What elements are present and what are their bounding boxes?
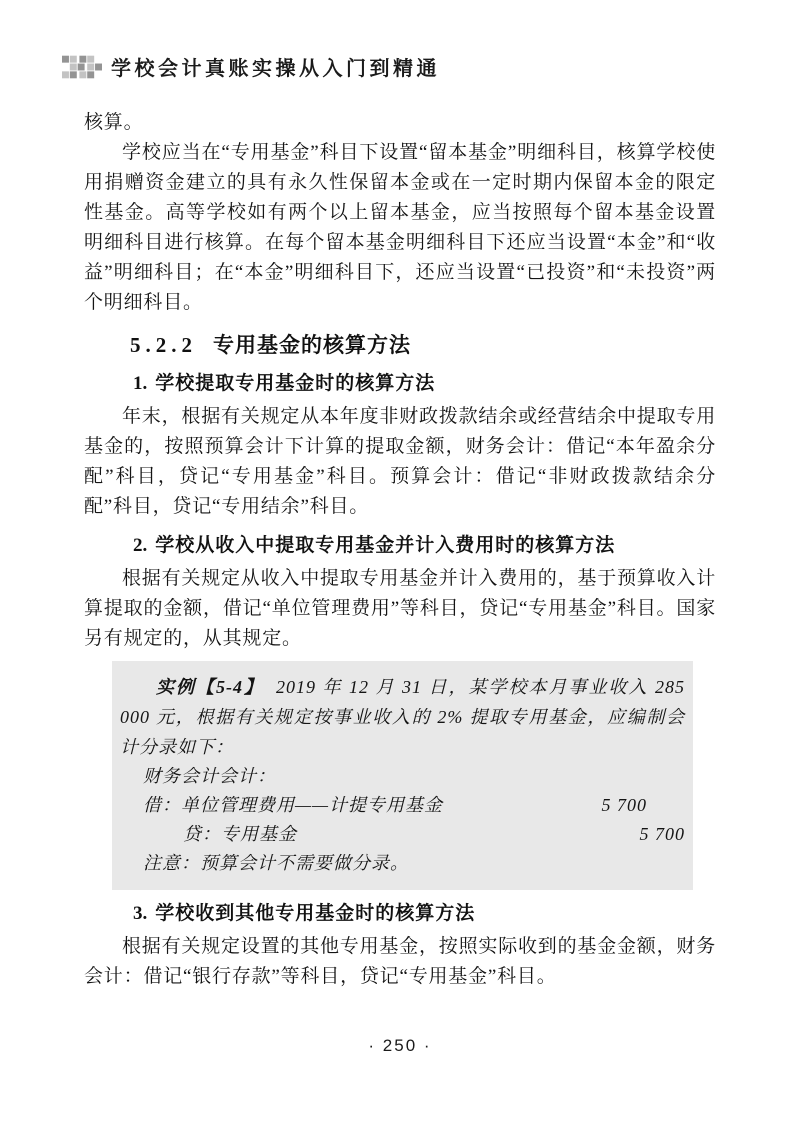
page-body: 核算。 学校应当在“专用基金”科目下设置“留本基金”明细科目，核算学校使用捐赠资…	[84, 108, 716, 992]
subsection-title: 学校从收入中提取专用基金并计入费用时的核算方法	[155, 535, 615, 556]
subsection-number: 2.	[133, 535, 147, 556]
section-heading: 5.2.2专用基金的核算方法	[130, 331, 716, 360]
paragraph-sub3: 根据有关规定设置的其他专用基金，按照实际收到的基金金额，财务会计：借记“银行存款…	[84, 932, 716, 992]
page-footer: · 250 ·	[0, 1036, 800, 1056]
example-intro: 实例【5-4】2019 年 12 月 31 日，某学校本月事业收入 285 00…	[120, 672, 685, 762]
subsection-heading-2: 2.学校从收入中提取专用基金并计入费用时的核算方法	[133, 533, 716, 559]
subsection-heading-1: 1.学校提取专用基金时的核算方法	[133, 371, 716, 397]
section-title: 专用基金的核算方法	[213, 334, 411, 357]
journal-entry-credit: 贷：专用基金 5 700	[120, 820, 685, 849]
paragraph-sub2: 根据有关规定从收入中提取专用基金并计入费用的，基于预算收入计算提取的金额，借记“…	[84, 564, 716, 654]
subsection-number: 3.	[133, 903, 147, 924]
credit-amount: 5 700	[640, 820, 686, 849]
subsection-title: 学校收到其他专用基金时的核算方法	[155, 903, 475, 924]
example-box: 实例【5-4】2019 年 12 月 31 日，某学校本月事业收入 285 00…	[112, 661, 693, 890]
credit-account: 贷：专用基金	[120, 820, 297, 849]
debit-account: 借：单位管理费用——计提专用基金	[120, 791, 443, 820]
example-note: 注意：预算会计不需要做分录。	[120, 849, 685, 878]
paragraph-sub1: 年末，根据有关规定从本年度非财政拨款结余或经营结余中提取专用基金的，按照预算会计…	[84, 402, 716, 522]
double-chevron-icon	[62, 54, 102, 80]
subsection-number: 1.	[133, 373, 147, 394]
subsection-title: 学校提取专用基金时的核算方法	[155, 373, 435, 394]
paragraph-continuation: 核算。	[84, 108, 716, 138]
debit-amount: 5 700	[602, 791, 648, 820]
paragraph-fund-setup: 学校应当在“专用基金”科目下设置“留本基金”明细科目，核算学校使用捐赠资金建立的…	[84, 138, 716, 318]
example-label: 实例【5-4】	[156, 677, 264, 697]
page-header: 学校会计真账实操从入门到精通	[62, 52, 440, 81]
subsection-heading-3: 3.学校收到其他专用基金时的核算方法	[133, 901, 716, 927]
running-head-title: 学校会计真账实操从入门到精通	[111, 52, 440, 81]
journal-entry-debit: 借：单位管理费用——计提专用基金 5 700	[120, 791, 685, 820]
example-line-financial: 财务会计会计：	[120, 762, 685, 791]
book-page: 学校会计真账实操从入门到精通 核算。 学校应当在“专用基金”科目下设置“留本基金…	[0, 0, 800, 1127]
section-number: 5.2.2	[130, 333, 197, 357]
page-number: · 250 ·	[368, 1036, 431, 1055]
